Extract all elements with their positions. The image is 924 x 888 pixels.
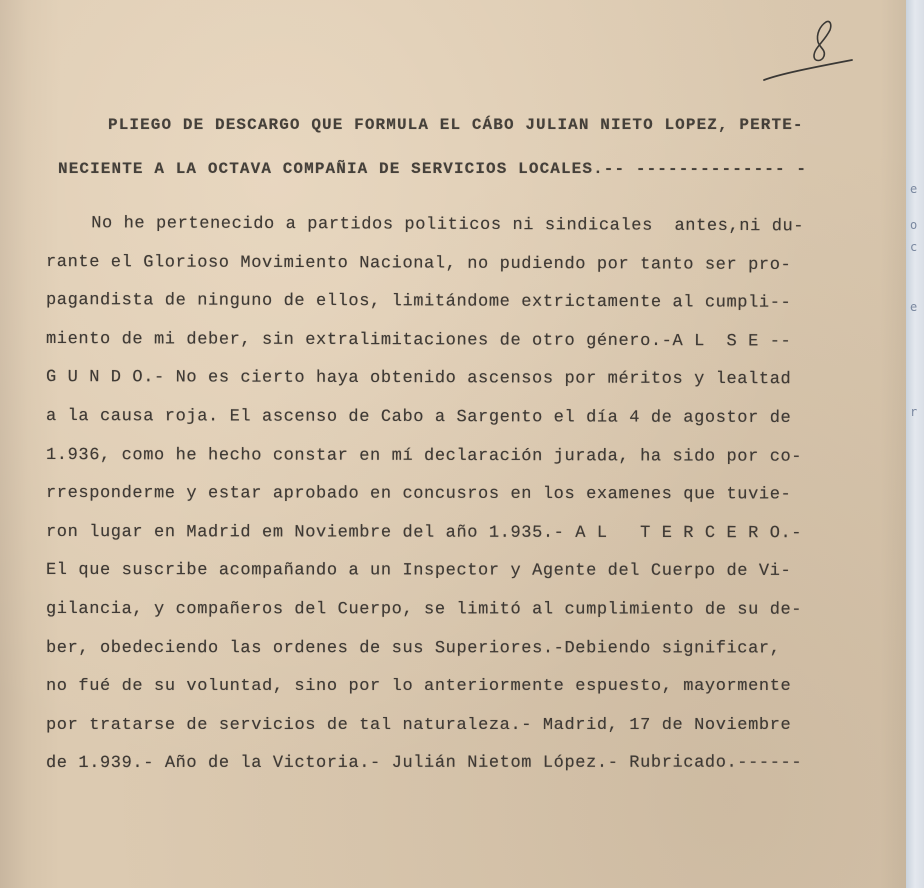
body-line: de 1.939.- Año de la Victoria.- Julián N… [46,754,802,773]
adjacent-page-glyph: c [910,240,917,254]
adjacent-page-glyph: e [910,300,917,314]
adjacent-page-glyph: r [910,405,917,419]
body-line: gilancia, y compañeros del Cuerpo, se li… [46,600,802,620]
body-line: ber, obedeciendo las ordenes de sus Supe… [46,639,781,658]
title-line: PLIEGO DE DESCARGO QUE FORMULA EL CÁBO J… [108,116,804,134]
typed-page: PLIEGO DE DESCARGO QUE FORMULA EL CÁBO J… [0,0,908,888]
adjacent-page-edge: eocer [906,0,924,888]
document-photo: PLIEGO DE DESCARGO QUE FORMULA EL CÁBO J… [0,0,924,888]
adjacent-page-glyph: e [910,182,917,196]
body-line: a la causa roja. El ascenso de Cabo a Sa… [46,407,791,428]
body-line: G U N D O.- No es cierto haya obtenido a… [46,368,791,389]
adjacent-page-glyph: o [910,218,917,232]
body-line: no fué de su voluntad, sino por lo anter… [46,677,791,696]
body-line: por tratarse de servicios de tal natural… [46,716,791,735]
body-line: rresponderme y estar aprobado en concusr… [46,484,791,504]
body-line: No he pertenecido a partidos politicos n… [48,214,804,236]
title-line: NECIENTE A LA OCTAVA COMPAÑIA DE SERVICI… [58,160,807,178]
body-line: El que suscribe acompañando a un Inspect… [46,561,791,581]
body-line: miento de mi deber, sin extralimitacione… [46,330,791,351]
body-line: pagandista de ninguno de ellos, limitánd… [46,291,791,313]
folio-number-handwritten [760,16,860,86]
body-line: rante el Glorioso Movimiento Nacional, n… [46,253,791,275]
body-line: 1.936, como he hecho constar en mí decla… [46,446,802,467]
body-line: ron lugar en Madrid em Noviembre del año… [46,523,802,543]
